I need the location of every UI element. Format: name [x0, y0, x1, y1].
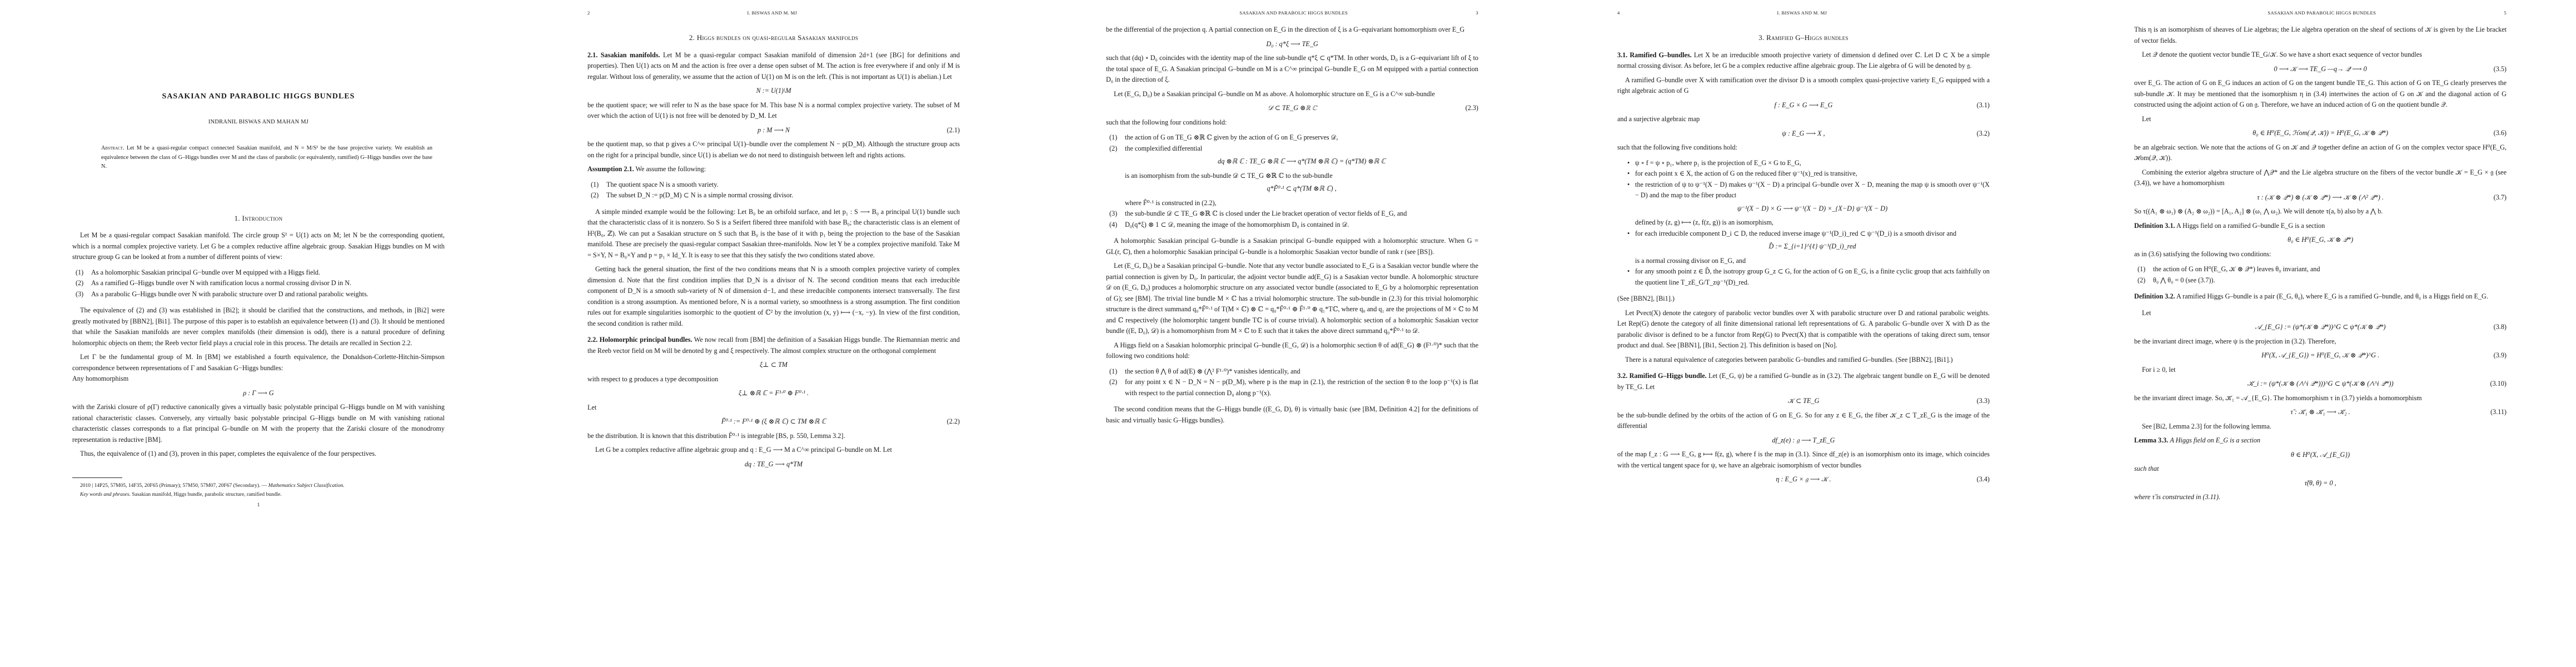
assumption-2-1: Assumption 2.1. We assume the following:: [587, 164, 960, 175]
paragraph: Let M be a quasi-regular compact Sasakia…: [72, 230, 445, 263]
paragraph: 2.2. Holomorphic principal bundles. We n…: [587, 335, 960, 356]
paragraph: such that (dq) ∘ D₀ coincides with the i…: [1106, 53, 1478, 86]
running-head-title: SASAKIAN AND PARABOLIC HIGGS BUNDLES: [1112, 10, 1476, 16]
equation-3-1: f : E_G × G ⟶ E_G(3.1): [1617, 100, 1990, 111]
equation-qF: q*F̃⁰·¹ ⊂ q*(TM ⊗ℝ ℂ) ,: [1125, 183, 1478, 195]
page-5-body: This η is an isomorphism of sheaves of L…: [2134, 24, 2507, 506]
equation-3-4: η : E_G × 𝔤 ⟶ 𝒦 .(3.4): [1617, 474, 1990, 485]
running-head-title: I. BISWAS AND M. MJ: [590, 10, 954, 16]
page-5: SASAKIAN AND PARABOLIC HIGGS BUNDLES 5 T…: [2062, 0, 2576, 667]
paragraph: For i ≥ 0, let: [2134, 365, 2507, 376]
page-3-body: be the differential of the projection q.…: [1106, 24, 1478, 429]
equation-3-3: 𝒦 ⊂ TE_G(3.3): [1617, 396, 1990, 407]
points-of-view-list: (1)As a holomorphic Sasakian principal G…: [89, 267, 445, 300]
equation-2-1: p : M ⟶ N(2.1): [587, 125, 960, 136]
paragraph: over E_G. The action of G on E_G induces…: [2134, 78, 2507, 111]
equation-3-6: θ₀ ∈ H⁰(E_G, ℋom(𝒬, 𝒦)) = H⁰(E_G, 𝒦 ⊗ 𝒬*…: [2134, 128, 2507, 139]
equation-D-hat: D̂ := Σ_{i=1}^{ℓ} ψ⁻¹(D_i)_red: [1635, 241, 1990, 252]
page-4: 4 I. BISWAS AND M. MJ 3. Ramified G–Higg…: [1545, 0, 2060, 667]
paragraph: Any homomorphism: [72, 374, 445, 385]
list-item: ψ ∘ f = ψ ∘ p₁, where p₁ is the projecti…: [1635, 158, 1990, 169]
list-item: (3)the sub-bundle 𝒟 ⊂ TE_G ⊗ℝ ℂ is close…: [1123, 208, 1478, 220]
definition-3-1-conditions: (1)the action of G on H⁰(E_G, 𝒦 ⊗ 𝒬*) le…: [2151, 264, 2507, 286]
equation-3-2: ψ : E_G ⟶ X ,(3.2): [1617, 128, 1990, 140]
page-number: 5: [2504, 10, 2507, 16]
page-number: 3: [1476, 10, 1478, 16]
paragraph: The equivalence of (2) and (3) was estab…: [72, 305, 445, 349]
list-item: (2)The subset D_N := p(D_M) ⊂ N is a sim…: [604, 190, 960, 201]
page-2-body: 2. Higgs bundles on quasi-regular Sasaki…: [587, 24, 960, 473]
running-head: 2 I. BISWAS AND M. MJ: [587, 10, 960, 16]
paragraph: Let: [587, 402, 960, 414]
paragraph: 2.1. Sasakian manifolds. Let M be a quas…: [587, 50, 960, 83]
list-item: (2)for any point x ∈ N − D_N = N − p(D_M…: [1123, 377, 1478, 399]
paragraph: Let: [2134, 114, 2507, 125]
paragraph: such that the following four conditions …: [1106, 117, 1478, 128]
abstract-text: Let M be a quasi-regular compact connect…: [101, 145, 432, 170]
equation-def-3-1: θ₀ ∈ H⁰(E_G, 𝒦 ⊗ 𝒬*): [2134, 235, 2507, 246]
assumption-list: (1)The quotient space N is a smooth vari…: [604, 180, 960, 201]
equation-dq-complexified: dq ⊗ℝ ℂ : TE_G ⊗ℝ ℂ ⟶ q*(TM ⊗ℝ ℂ) = (q*T…: [1125, 156, 1478, 167]
paragraph: be the quotient space; we will refer to …: [587, 100, 960, 122]
section-title: 3. Ramified G–Higgs bundles: [1617, 32, 1990, 43]
list-item: for any smooth point z ∈ D̂, the isotrop…: [1635, 266, 1990, 288]
footnote-msc: 2010 | 14P25, 57M05, 14F35, 20F65 (Prima…: [72, 481, 445, 490]
equation-dq: dq : TE_G ⟶ q*TM: [587, 459, 960, 470]
paragraph: This η is an isomorphism of sheaves of L…: [2134, 24, 2507, 46]
list-item: (2)the complexified differential dq ⊗ℝ ℂ…: [1123, 143, 1478, 209]
paragraph: Getting back the general situation, the …: [587, 264, 960, 329]
ramified-conditions-list: ψ ∘ f = ψ ∘ p₁, where p₁ is the projecti…: [1635, 158, 1990, 288]
definition-3-1: Definition 3.1. A Higgs field on a ramif…: [2134, 221, 2507, 232]
list-item: (4)D₀(q*ξ) ⊗ 1 ⊂ 𝒟, meaning the image of…: [1123, 220, 1478, 231]
holomorphic-conditions-list: (1)the action of G on TE_G ⊗ℝ ℂ given by…: [1123, 132, 1478, 230]
paragraph: So τ((A₁ ⊗ ω₁) ⊗ (A₂ ⊗ ω₂)) = [A₁, A₂] ⊗…: [2134, 206, 2507, 217]
equation-D0: D₀ : q*ξ ⟶ TE_G: [1106, 39, 1478, 50]
equation-3-11: τ̃ : 𝒦̃₁ ⊗ 𝒦̃₁ ⟶ 𝒦̃₂ .(3.11): [2134, 407, 2507, 418]
paragraph: Let Pvect(X) denote the category of para…: [1617, 308, 1990, 351]
equation-type-decomposition: ξ⊥ ⊗ℝ ℂ = F¹·⁰ ⊕ F⁰·¹ .: [587, 388, 960, 399]
paragraph: 3.1. Ramified G–bundles. Let X be an irr…: [1617, 50, 1990, 72]
paragraph: There is a natural equivalence of catego…: [1617, 355, 1990, 366]
abstract: Abstract. Let M be a quasi-regular compa…: [72, 144, 445, 172]
paragraph: of the map f_z : G ⟶ E_G, g ⟼ f(z, g), w…: [1617, 449, 1990, 471]
list-item: for each point x ∈ X, the action of G on…: [1635, 168, 1990, 180]
list-item: (1)The quotient space N is a smooth vari…: [604, 180, 960, 191]
paragraph: be the sub-bundle defined by the orbits …: [1617, 410, 1990, 432]
equation-xi-perp: ξ⊥ ⊂ TM: [587, 360, 960, 371]
list-item: (1)As a holomorphic Sasakian principal G…: [89, 267, 445, 278]
paragraph: Let 𝒬 denote the quotient vector bundle …: [2134, 49, 2507, 61]
paragraph: Let (E_G, D₀) be a Sasakian principal G–…: [1106, 261, 1478, 337]
paragraph: 3.2. Ramified G–Higgs bundle. Let (E_G, …: [1617, 371, 1990, 392]
page-2: 2 I. BISWAS AND M. MJ 2. Higgs bundles o…: [515, 0, 1030, 667]
page-number: 1: [72, 500, 445, 511]
equation-lemma-condition: τ̃(θ, θ) = 0 ,: [2134, 478, 2507, 489]
equation-N: N := U(1)\M: [587, 86, 960, 97]
lemma-3-3: Lemma 3.3. A Higgs field on E_G is a sec…: [2134, 435, 2507, 446]
paragraph: A ramified G–bundle over X with ramifica…: [1617, 75, 1990, 97]
paragraph: A holomorphic Sasakian principal G–bundl…: [1106, 236, 1478, 257]
paragraph: See [Bi2, Lemma 2.3] for the following l…: [2134, 421, 2507, 432]
paragraph: A Higgs field on a Sasakian holomorphic …: [1106, 340, 1478, 362]
list-item: (3)As a parabolic G–Higgs bundle over N …: [89, 289, 445, 300]
running-head: SASAKIAN AND PARABOLIC HIGGS BUNDLES 5: [2134, 10, 2507, 16]
equation-fiber-product: ψ⁻¹(X − D) × G ⟶ ψ⁻¹(X − D) ×_{X−D} ψ⁻¹(…: [1635, 203, 1990, 215]
list-item: (1)the action of G on H⁰(E_G, 𝒦 ⊗ 𝒬*) le…: [2151, 264, 2507, 275]
equation-dfz: df_z(e) : 𝔤 ⟶ T_zE_G: [1617, 435, 1990, 446]
section-title: 2. Higgs bundles on quasi-regular Sasaki…: [587, 32, 960, 43]
equation-3-8: 𝒜_{E_G} := (ψ*(𝒦 ⊗ 𝒬*))^G ⊂ ψ*(𝒦 ⊗ 𝒬*)(3…: [2134, 322, 2507, 333]
list-item: for each irreducible component D_i ⊂ D, …: [1635, 228, 1990, 267]
paragraph: be the distribution. It is known that th…: [587, 431, 960, 442]
footnote-keywords: Key words and phrases. Sasakian manifold…: [72, 490, 445, 499]
definition-3-2: Definition 3.2. A ramified Higgs G–bundl…: [2134, 291, 2507, 302]
equation-3-10: 𝒦̃_i := (ψ*(𝒦 ⊗ (⋀^i 𝒬*)))^G ⊂ ψ*(𝒦 ⊗ (⋀…: [2134, 379, 2507, 390]
page-4-body: 3. Ramified G–Higgs bundles 3.1. Ramifie…: [1617, 24, 1990, 489]
paragraph: be the quotient map, so that p gives a C…: [587, 139, 960, 161]
paragraph: Let G be a complex reductive affine alge…: [587, 445, 960, 456]
abstract-label: Abstract.: [101, 145, 124, 151]
paragraph: as in (3.6) satisfying the following two…: [2134, 249, 2507, 260]
higgs-field-conditions-list: (1)the section θ ⋀ θ of ad(E) ⊗ (⋀² F¹·⁰…: [1123, 366, 1478, 399]
paragraph: Let Γ be the fundamental group of M. In …: [72, 352, 445, 374]
paragraph: be the invariant direct image. So, 𝒦̃₁ =…: [2134, 393, 2507, 404]
footnote-divider: [72, 477, 122, 478]
paragraph: be an algebraic section. We note that th…: [2134, 142, 2507, 164]
page-1: SASAKIAN AND PARABOLIC HIGGS BUNDLES IND…: [0, 0, 515, 667]
paper-title: SASAKIAN AND PARABOLIC HIGGS BUNDLES: [72, 91, 445, 102]
list-item: (2)θ₀ ⋀ θ₀ = 0 (see (3.7)).: [2151, 275, 2507, 286]
running-head: SASAKIAN AND PARABOLIC HIGGS BUNDLES 3: [1106, 10, 1478, 16]
paper-authors: INDRANIL BISWAS AND MAHAN MJ: [72, 117, 445, 128]
paragraph: be the differential of the projection q.…: [1106, 24, 1478, 36]
paragraph: and a surjective algebraic map: [1617, 114, 1990, 125]
equation-2-3: 𝒟 ⊂ TE_G ⊗ℝ ℂ(2.3): [1106, 103, 1478, 114]
equation-rho: ρ : Γ ⟶ G: [72, 388, 445, 399]
page-3: SASAKIAN AND PARABOLIC HIGGS BUNDLES 3 b…: [1034, 0, 1549, 667]
page-1-body: SASAKIAN AND PARABOLIC HIGGS BUNDLES IND…: [72, 0, 445, 511]
list-item: (1)the section θ ⋀ θ of ad(E) ⊗ (⋀² F¹·⁰…: [1123, 366, 1478, 377]
paragraph: A simple minded example would be the fol…: [587, 207, 960, 261]
paragraph: Let (E_G, D₀) be a Sasakian principal G–…: [1106, 89, 1478, 100]
list-item: (2)As a ramified G–Higgs bundle over N w…: [89, 278, 445, 289]
paragraph: with respect to g produces a type decomp…: [587, 374, 960, 385]
equation-3-7: τ : (𝒦 ⊗ 𝒬*) ⊗ (𝒦 ⊗ 𝒬*) ⟶ 𝒦 ⊗ (⋀² 𝒬*) .(…: [2134, 192, 2507, 203]
paragraph: Let: [2134, 308, 2507, 319]
equation-lemma-section: θ ∈ H⁰(X, 𝒜_{E_G}): [2134, 450, 2507, 461]
paragraph: (See [BBN2], [Bi1].): [1617, 293, 1990, 305]
paragraph: with the Zariski closure of ρ(Γ) reducti…: [72, 402, 445, 445]
equation-3-9: H⁰(X, 𝒜_{E_G}) = H⁰(E_G, 𝒦 ⊗ 𝒬*)^G .(3.9…: [2134, 350, 2507, 361]
paragraph: where τ̃ is constructed in (3.11).: [2134, 492, 2507, 503]
equation-2-2: F̃⁰·¹ := F⁰·¹ ⊕ (ξ ⊗ℝ ℂ) ⊂ TM ⊗ℝ ℂ(2.2): [587, 416, 960, 427]
list-item: the restriction of ψ to ψ⁻¹(X − D) makes…: [1635, 180, 1990, 228]
list-item: (1)the action of G on TE_G ⊗ℝ ℂ given by…: [1123, 132, 1478, 143]
paragraph: The second condition means that the G–Hi…: [1106, 404, 1478, 426]
running-head-title: I. BISWAS AND M. MJ: [1620, 10, 1984, 16]
equation-3-5: 0 ⟶ 𝒦 ⟶ TE_G —q→ 𝒬 ⟶ 0(3.5): [2134, 64, 2507, 75]
paragraph: such that the following five conditions …: [1617, 142, 1990, 153]
paragraph: Thus, the equivalence of (1) and (3), pr…: [72, 449, 445, 460]
paragraph: such that: [2134, 464, 2507, 475]
paragraph: Combining the exterior algebra structure…: [2134, 167, 2507, 189]
running-head-title: SASAKIAN AND PARABOLIC HIGGS BUNDLES: [2140, 10, 2504, 16]
running-head: 4 I. BISWAS AND M. MJ: [1617, 10, 1990, 16]
section-title-introduction: 1. Introduction: [72, 213, 445, 224]
paragraph: be the invariant direct image, where ψ i…: [2134, 336, 2507, 347]
